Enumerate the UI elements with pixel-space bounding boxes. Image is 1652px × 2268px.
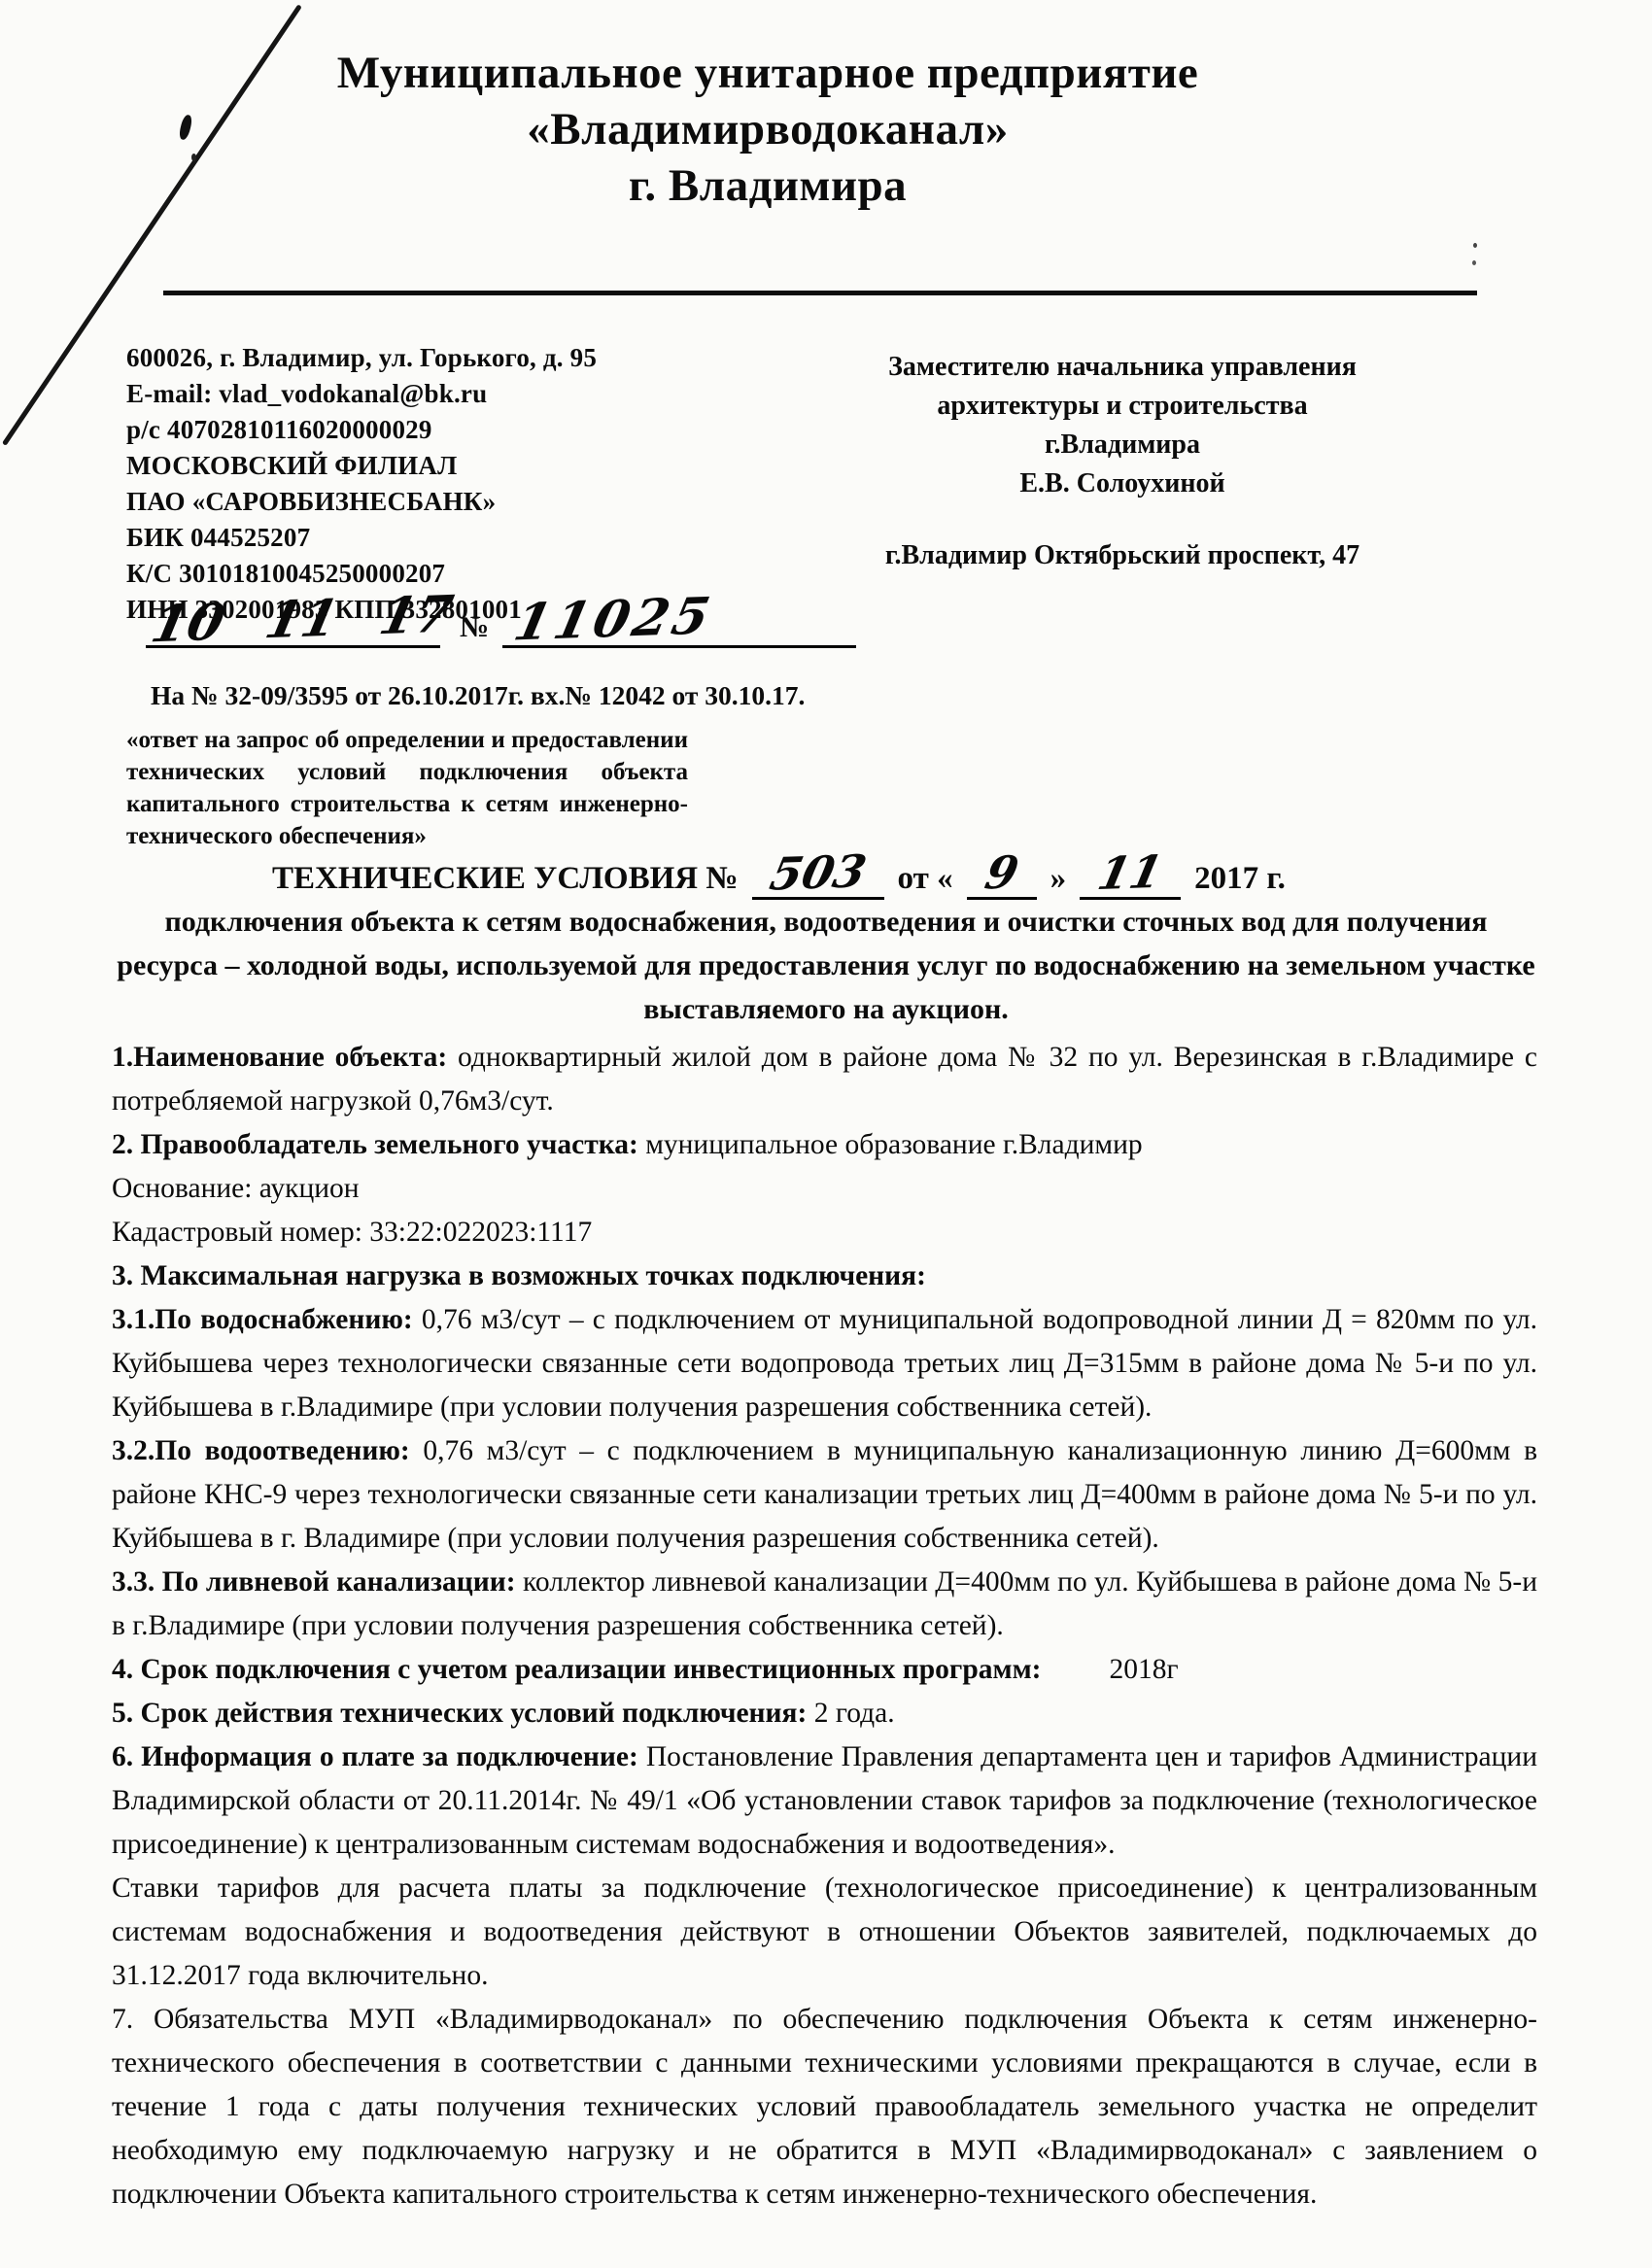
handwritten-doc-number: 503 bbox=[767, 851, 869, 893]
recipient-block: Заместителю начальника управления архите… bbox=[879, 348, 1365, 575]
header-divider bbox=[163, 291, 1477, 295]
para-3-2-label: 3.2.По водоотведению: bbox=[112, 1435, 410, 1466]
para-basis: Основание: аукцион bbox=[112, 1167, 1537, 1211]
para-3-3-label: 3.3. По ливневой канализации: bbox=[112, 1566, 516, 1598]
para-5-label: 5. Срок действия технических условий под… bbox=[112, 1698, 807, 1729]
para-4-label: 4. Срок подключения с учетом реализации … bbox=[112, 1654, 1042, 1685]
para-3-2: 3.2.По водоотведению: 0,76 м3/сут – с по… bbox=[112, 1429, 1537, 1561]
recipient-line-3: Е.В. Солоухиной bbox=[879, 464, 1365, 503]
para-6-label: 6. Информация о плате за подключение: bbox=[112, 1741, 638, 1772]
para-cadastre: Кадастровый номер: 33:22:022023:1117 bbox=[112, 1211, 1537, 1254]
org-name-line-3: г. Владимира bbox=[146, 157, 1390, 214]
title-year: 2017 г. bbox=[1194, 861, 1286, 897]
sender-address: 600026, г. Владимир, ул. Горького, д. 95 bbox=[126, 340, 597, 376]
title-month-underline: 11 bbox=[1080, 853, 1181, 900]
para-5-text: 2 года. bbox=[807, 1698, 894, 1729]
sender-email: E-mail: vlad_vodokanal@bk.ru bbox=[126, 376, 597, 412]
para-3-1-label: 3.1.По водоснабжению: bbox=[112, 1304, 413, 1335]
title-number-underline: 503 bbox=[752, 853, 884, 900]
para-6: 6. Информация о плате за подключение: По… bbox=[112, 1735, 1537, 1867]
title-close-quote: » bbox=[1050, 861, 1067, 897]
para-3-label: 3. Максимальная нагрузка в возможных точ… bbox=[112, 1260, 926, 1291]
para-4: 4. Срок подключения с учетом реализации … bbox=[112, 1648, 1537, 1692]
para-3-heading: 3. Максимальная нагрузка в возможных точ… bbox=[112, 1254, 1537, 1298]
org-name-line-2: «Владимирводоканал» bbox=[146, 101, 1390, 157]
sender-corr-account: К/С 30101810045250000207 bbox=[126, 556, 597, 592]
title-day-underline: 9 bbox=[967, 853, 1037, 900]
para-3-1: 3.1.По водоснабжению: 0,76 м3/сут – с по… bbox=[112, 1298, 1537, 1429]
title-prefix: ТЕХНИЧЕСКИЕ УСЛОВИЯ № bbox=[272, 861, 739, 897]
reference-line: На № 32-09/3595 от 26.10.2017г. вх.№ 120… bbox=[151, 680, 805, 711]
document-body: 1.Наименование объекта: одноквартирный ж… bbox=[112, 1036, 1537, 2216]
outgoing-date-number-row: 10 11 17№11025 bbox=[146, 595, 856, 648]
recipient-address: г.Владимир Октябрьский проспект, 47 bbox=[879, 536, 1365, 575]
document-subtitle: подключения объекта к сетям водоснабжени… bbox=[112, 900, 1540, 1031]
para-tariffs: Ставки тарифов для расчета платы за подк… bbox=[112, 1867, 1537, 1998]
para-3-3: 3.3. По ливневой канализации: коллектор … bbox=[112, 1561, 1537, 1648]
org-name-line-1: Муниципальное унитарное предприятие bbox=[146, 45, 1390, 101]
sender-bank-name: ПАО «САРОВБИЗНЕСБАНК» bbox=[126, 484, 597, 520]
para-2-label: 2. Правообладатель земельного участка: bbox=[112, 1129, 638, 1160]
document-title: ТЕХНИЧЕСКИЕ УСЛОВИЯ № 503 от « 9 » 11 20… bbox=[272, 853, 1286, 900]
handwritten-outgoing-number: 11025 bbox=[510, 592, 718, 649]
handwritten-date: 10 11 17 bbox=[147, 590, 457, 651]
sender-details: 600026, г. Владимир, ул. Горького, д. 95… bbox=[126, 340, 597, 628]
para-2-text: муниципальное образование г.Владимир bbox=[638, 1129, 1143, 1160]
para-4-text: 2018г bbox=[1042, 1654, 1179, 1685]
sender-bik: БИК 044525207 bbox=[126, 520, 597, 556]
recipient-line-1: Заместителю начальника управления bbox=[879, 348, 1365, 387]
noise-speck bbox=[1472, 260, 1476, 265]
para-1-label: 1.Наименование объекта: bbox=[112, 1042, 447, 1073]
number-underline: 11025 bbox=[502, 595, 856, 648]
para-5: 5. Срок действия технических условий под… bbox=[112, 1692, 1537, 1735]
date-underline: 10 11 17 bbox=[146, 595, 440, 648]
para-7: 7. Обязательства МУП «Владимирводоканал»… bbox=[112, 1998, 1537, 2216]
para-2: 2. Правообладатель земельного участка: м… bbox=[112, 1123, 1537, 1167]
number-sign: № bbox=[460, 611, 489, 643]
sender-bank-branch: МОСКОВСКИЙ ФИЛИАЛ bbox=[126, 448, 597, 484]
para-1: 1.Наименование объекта: одноквартирный ж… bbox=[112, 1036, 1537, 1123]
handwritten-day: 9 bbox=[981, 852, 1021, 892]
title-ot: от « bbox=[898, 861, 953, 897]
document-page: Муниципальное унитарное предприятие «Вла… bbox=[0, 0, 1652, 2268]
letterhead: Муниципальное унитарное предприятие «Вла… bbox=[146, 45, 1390, 214]
subject-quote: «ответ на запрос об определении и предос… bbox=[126, 724, 688, 852]
recipient-line-2: архитектуры и строительства г.Владимира bbox=[879, 387, 1365, 464]
noise-speck bbox=[1473, 243, 1477, 248]
sender-account: р/с 40702810116020000029 bbox=[126, 412, 597, 448]
handwritten-month: 11 bbox=[1095, 852, 1166, 893]
